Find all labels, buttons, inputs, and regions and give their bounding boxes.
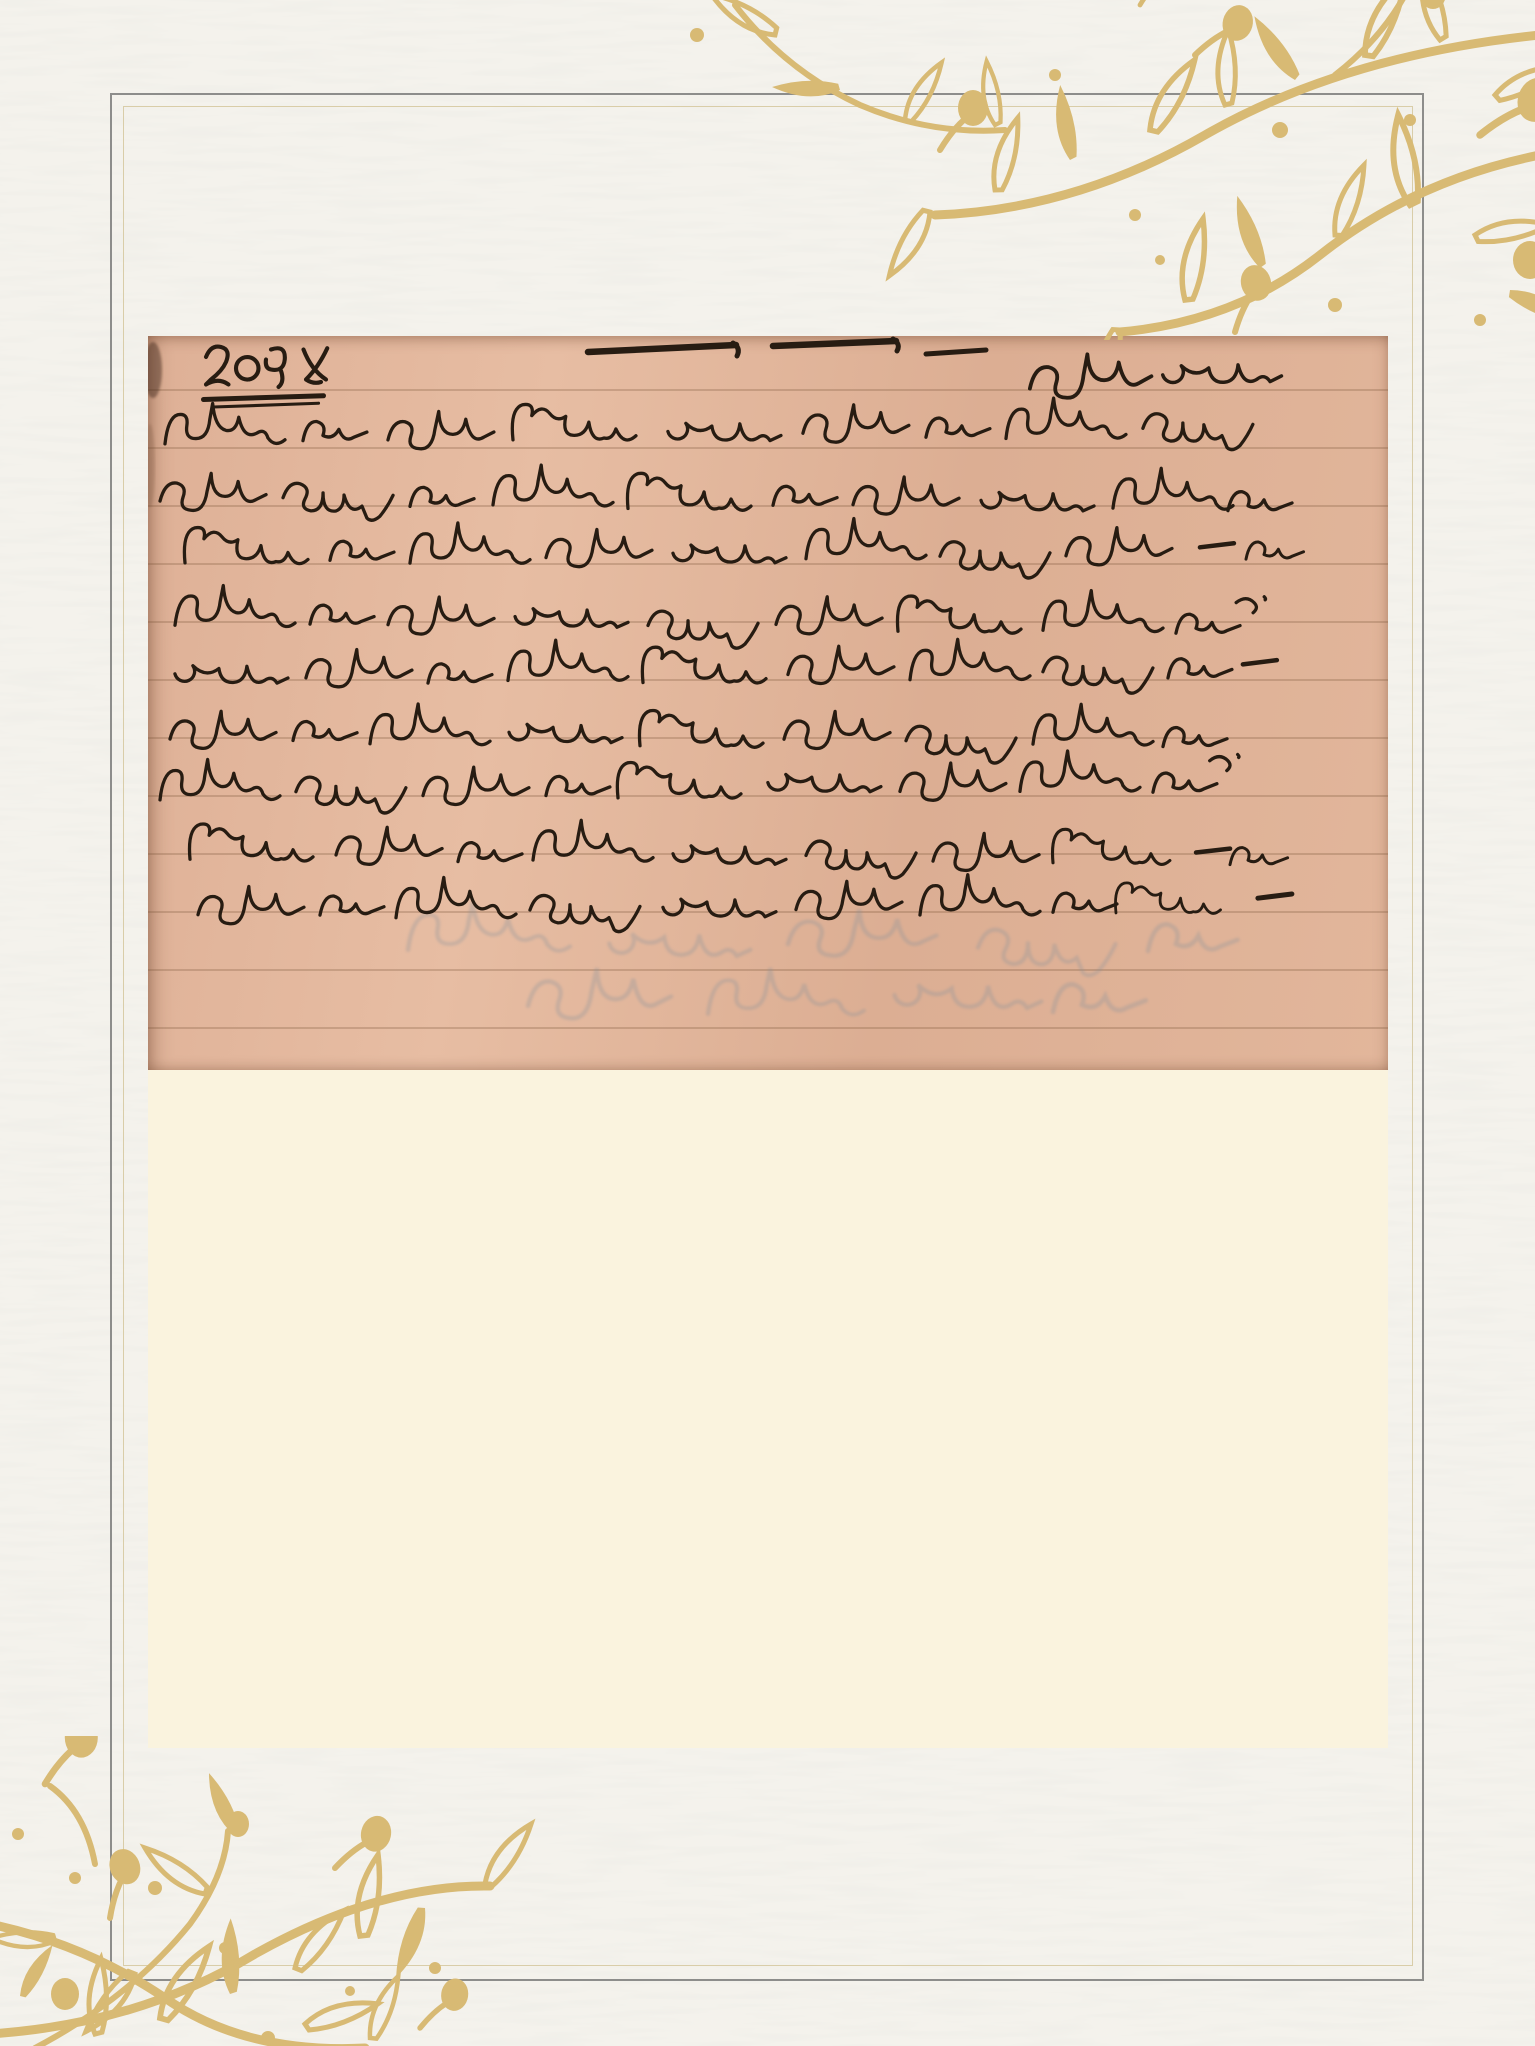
handwriting-line [175,635,1277,700]
handwriting-line [189,818,1287,880]
scratch-marks [588,339,986,356]
scanned-note: ૨૦૧૪ રનશાન્ઝ રહ્યો છું, દૂર ને દૂર, મુજ … [148,336,1388,1070]
gold-branch-decoration-top-right [575,0,1535,340]
page-number [204,347,328,407]
handwriting-line [160,749,1240,815]
handwriting-layer [148,336,1388,1070]
header-right-signature [1029,348,1282,400]
paper-smudge [148,342,162,508]
gold-branch-decoration-bottom-left [0,1736,800,2046]
handwriting-line [184,517,1303,581]
page-background: { "page": { "background_color": "#f4f2ec… [0,0,1535,2046]
handwriting-line [198,873,1292,934]
handwriting-line [175,584,1266,652]
blank-note-area [148,1070,1388,1748]
ghost-ink-bleedthrough [408,902,1238,1018]
handwriting-line [160,463,1292,525]
handwriting-line [165,394,1253,459]
ruled-lines [148,390,1388,1028]
page-number-underline [204,396,324,400]
